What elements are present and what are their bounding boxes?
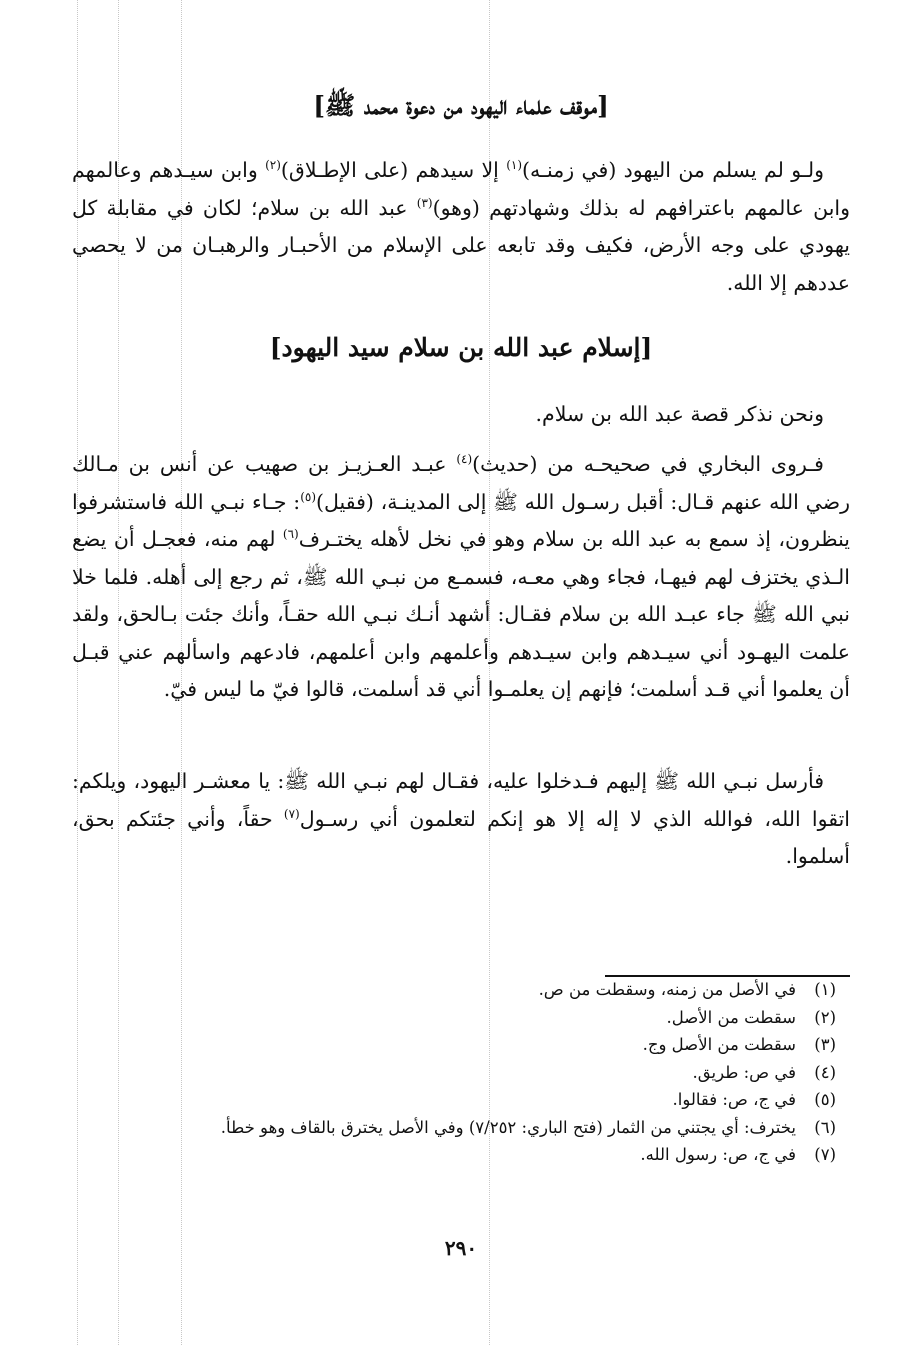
footnote-item: (١)في الأصل من زمنه، وسقطت من ص. <box>72 976 836 1004</box>
footnotes-list: (١)في الأصل من زمنه، وسقطت من ص. (٢)سقطت… <box>72 976 836 1169</box>
footnote-number: (٦) <box>806 1114 836 1142</box>
footnote-text: في ص: طريق. <box>693 1059 796 1087</box>
page-number: ٢٩٠ <box>72 1236 850 1260</box>
footnote-ref-6[interactable]: (٦) <box>283 527 299 541</box>
footnote-number: (٧) <box>806 1141 836 1169</box>
footnote-item: (٢)سقطت من الأصل. <box>72 1004 836 1032</box>
footnote-text: يخترف: أي يجتني من الثمار (فتح الباري: ٧… <box>221 1114 796 1142</box>
footnote-text: في الأصل من زمنه، وسقطت من ص. <box>539 976 796 1004</box>
footnote-ref-7[interactable]: (٧) <box>284 807 300 821</box>
footnote-item: (٤)في ص: طريق. <box>72 1059 836 1087</box>
footnote-text: في ج، ص: رسول الله. <box>640 1141 796 1169</box>
footnote-ref-1[interactable]: (١) <box>506 158 522 172</box>
paragraph-text: لهم منه، فعجـل أن يضع الـذي يختزف لهم في… <box>72 527 850 701</box>
footnote-number: (١) <box>806 976 836 1004</box>
footnote-text: سقطت من الأصل وج. <box>643 1031 796 1059</box>
footnote-item: (٥)في ج، ص: فقالوا. <box>72 1086 836 1114</box>
footnote-number: (٥) <box>806 1086 836 1114</box>
footnote-item: (٣)سقطت من الأصل وج. <box>72 1031 836 1059</box>
paragraph-2: ونحن نذكر قصة عبد الله بن سلام. <box>72 396 850 434</box>
paragraph-3: فـروى البخاري في صحيحـه من (حديث)(٤) عبـ… <box>72 446 850 709</box>
paragraph-text: ولـو لم يسلم من اليهود (في زمنـه) <box>522 158 824 182</box>
paragraph-text: ونحن نذكر قصة عبد الله بن سلام. <box>536 402 824 426</box>
footnote-number: (٣) <box>806 1031 836 1059</box>
footnote-text: سقطت من الأصل. <box>666 1004 796 1032</box>
footnote-number: (٤) <box>806 1059 836 1087</box>
paragraph-text: فـروى البخاري في صحيحـه من (حديث) <box>472 452 824 476</box>
footnote-ref-5[interactable]: (٥) <box>300 490 316 504</box>
footnote-ref-2[interactable]: (٢) <box>265 158 281 172</box>
footnote-ref-4[interactable]: (٤) <box>456 452 472 466</box>
footnote-ref-3[interactable]: (٣) <box>417 196 433 210</box>
footnote-item: (٦)يخترف: أي يجتني من الثمار (فتح الباري… <box>72 1114 836 1142</box>
footnote-number: (٢) <box>806 1004 836 1032</box>
footnote-item: (٧)في ج، ص: رسول الله. <box>72 1141 836 1169</box>
footnote-text: في ج، ص: فقالوا. <box>672 1086 796 1114</box>
section-heading-jewish-scholars: [موقف علماء اليهود من دعوة محمد ﷺ] <box>72 86 850 126</box>
paragraph-1: ولـو لم يسلم من اليهود (في زمنـه)(١) إلا… <box>72 152 850 302</box>
paragraph-4: فأرسل نبـي الله ﷺ إليهم فـدخلوا عليه، فق… <box>72 763 850 876</box>
paragraph-text: إلا سيدهم (على الإطـلاق) <box>281 158 506 182</box>
section-heading-ibn-salam: [إسلام عبد الله بن سلام سيد اليهود] <box>72 328 850 368</box>
